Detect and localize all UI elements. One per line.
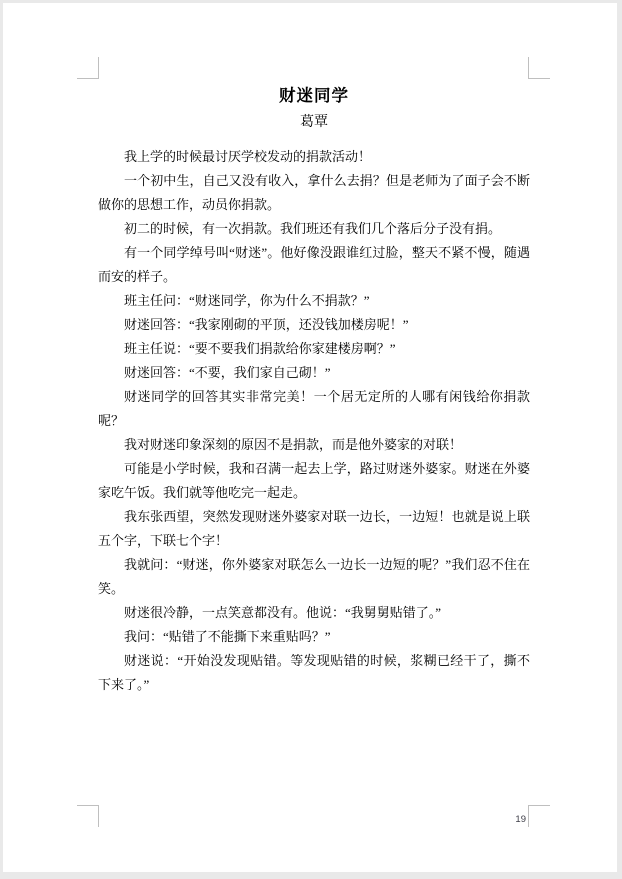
paragraph: 我就问：“财迷，你外婆家对联怎么一边长一边短的呢？”我们忍不住在笑。 [98, 553, 530, 601]
paragraph: 一个初中生，自己又没有收入，拿什么去捐？但是老师为了面子会不断做你的思想工作，动… [98, 169, 530, 217]
paragraph: 可能是小学时候，我和召满一起去上学，路过财迷外婆家。财迷在外婆家吃午饭。我们就等… [98, 457, 530, 505]
paragraph: 我问：“贴错了不能撕下来重贴吗？” [98, 625, 530, 649]
paragraph: 有一个同学绰号叫“财迷”。他好像没跟谁红过脸，整天不紧不慢，随遇而安的样子。 [98, 241, 530, 289]
document-viewport: 财迷同学 葛覃 我上学的时候最讨厌学校发动的捐款活动！一个初中生，自己又没有收入… [0, 0, 622, 879]
paragraph: 财迷很冷静，一点笑意都没有。他说：“我舅舅贴错了。” [98, 601, 530, 625]
paragraph: 初二的时候，有一次捐款。我们班还有我们几个落后分子没有捐。 [98, 217, 530, 241]
paragraph: 财迷回答：“不要，我们家自己砌！” [98, 361, 530, 385]
paragraph: 我对财迷印象深刻的原因不是捐款，而是他外婆家的对联！ [98, 433, 530, 457]
margin-crop-mark-bottom-left [77, 805, 99, 827]
document-body: 我上学的时候最讨厌学校发动的捐款活动！一个初中生，自己又没有收入，拿什么去捐？但… [98, 145, 530, 697]
paragraph: 班主任说：“要不要我们捐款给你家建楼房啊？” [98, 337, 530, 361]
document-page: 财迷同学 葛覃 我上学的时候最讨厌学校发动的捐款活动！一个初中生，自己又没有收入… [3, 3, 617, 872]
margin-crop-mark-bottom-right [528, 805, 550, 827]
paragraph: 财迷回答：“我家刚砌的平顶，还没钱加楼房呢！” [98, 313, 530, 337]
paragraph: 财迷说：“开始没发现贴错。等发现贴错的时候，浆糊已经干了，撕不下来了。” [98, 649, 530, 697]
document-title: 财迷同学 [98, 86, 530, 106]
paragraph: 财迷同学的回答其实非常完美！一个居无定所的人哪有闲钱给你捐款呢？ [98, 385, 530, 433]
text-area: 财迷同学 葛覃 我上学的时候最讨厌学校发动的捐款活动！一个初中生，自己又没有收入… [98, 78, 530, 697]
document-author: 葛覃 [98, 115, 530, 131]
page-number: 19 [484, 814, 526, 825]
margin-crop-mark-top-right [528, 57, 550, 79]
margin-crop-mark-top-left [77, 57, 99, 79]
paragraph: 我上学的时候最讨厌学校发动的捐款活动！ [98, 145, 530, 169]
paragraph: 我东张西望，突然发现财迷外婆家对联一边长，一边短！也就是说上联五个字，下联七个字… [98, 505, 530, 553]
paragraph: 班主任问：“财迷同学，你为什么不捐款？” [98, 289, 530, 313]
